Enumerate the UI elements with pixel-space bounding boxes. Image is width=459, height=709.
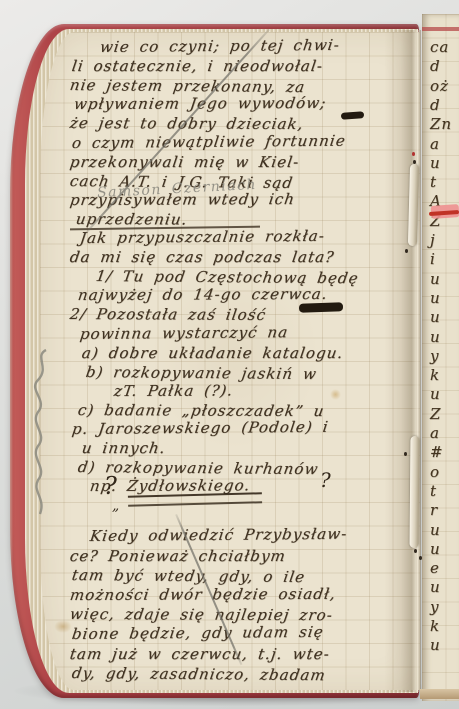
handwriting-fragment: d [430,57,441,75]
handwriting-fragment: o [430,463,440,481]
handwriting-fragment: u [430,289,441,307]
handwriting-fragment: d [430,96,441,114]
question-mark: ? [104,472,117,500]
handwritten-line: c) badanie „płoszczadek” u [77,401,326,420]
pencil-margin-squiggle [26,346,54,518]
handwriting-fragment: u [430,636,441,654]
handwriting-fragment: oż [430,77,449,95]
notebook-photo: wie co czyni; po tej chwi-li ostatecznie… [0,0,459,709]
handwriting-fragment: # [430,443,444,461]
quote-mark: „ [112,498,119,514]
handwriting-fragment: t [430,173,437,191]
paper-stain [330,389,341,400]
handwritten-line: dy, gdy, zasadniczo, zbadam [71,664,328,684]
handwriting-fragment: u [430,270,441,288]
question-mark: ? [320,468,331,492]
handwriting-fragment: u [430,308,441,326]
stitch-hole [405,249,408,253]
red-ink-dot [412,152,415,156]
handwritten-line: wie co czyni; po tej chwi- [99,36,341,56]
handwriting-fragment: r [430,501,438,519]
handwriting-fragment: a [430,424,440,442]
gutter-fold-shadow [384,30,421,692]
handwritten-line: zT. Pałka (?). [113,381,235,400]
facing-page-red-edge [422,27,459,31]
handwriting-fragment: u [430,521,441,539]
handwritten-line: więc, zdaje się najlepiej zro- [69,605,335,624]
handwriting-fragment: Z [430,405,441,423]
handwritten-line: b) rozkopywanie jaskiń w [85,363,319,383]
stitch-hole [419,556,422,560]
handwriting-fragment: i [430,250,436,268]
handwritten-line: li ostatecznie, i nieodwołal- [71,57,325,75]
stitch-hole [414,549,417,553]
handwriting-fragment: e [430,559,440,577]
handwritten-line: tam już w czerwcu, t.j. wte- [69,645,331,663]
handwriting-fragment: a [430,135,440,153]
handwritten-line: bione będzie, gdy udam się [71,623,325,643]
stitch-hole [413,160,416,164]
handwriting-fragment: t [430,482,437,500]
handwriting-fragment: u [430,328,441,346]
handwritten-line: powinna wystarczyć na [79,323,290,343]
handwritten-line: możności dwór będzie osiadł, [69,585,337,604]
handwritten-line: 2/ Pozostała zaś ilość [69,305,268,324]
handwriting-fragment: u [430,578,441,596]
handwritten-line: przekonywali mię w Kiel- [69,153,301,171]
handwritten-line: najwyżej do 14-go czerwca. [77,285,329,304]
facing-page-text-fragments: cadożdZnautAZjiuuuuykuZa#otruueuyku [426,36,459,686]
facing-page-bottom-edge [420,689,459,699]
handwriting-fragment: Zn [430,115,452,133]
handwritten-line: ce? Ponieważ chciałbym [69,547,287,565]
stitch-hole [404,452,407,456]
handwritten-line: Kiedy odwiedzić Przybysław- [89,525,349,545]
handwritten-line: Jak przypuszczalnie rozkła- [79,227,326,247]
handwritten-line: tam być wtedy, gdy, o ile [71,566,307,586]
handwriting-fragment: y [430,598,439,616]
handwriting-fragment: j [430,231,436,249]
handwriting-fragment: ca [430,38,449,56]
handwritten-line: a) dobre układanie katalogu. [81,344,345,362]
handwriting-fragment: u [430,540,441,558]
handwriting-fragment: u [430,154,441,172]
handwritten-line: da mi się czas podczas lata? [69,248,336,266]
handwriting-fragment: k [430,617,440,635]
handwriting-fragment: u [430,385,441,403]
handwritten-line: u innych. [81,439,167,457]
handwritten-line: o czym niewątpliwie fortunnie [71,131,347,151]
handwritten-line: p. Jaroszewskiego (Podole) i [71,418,330,438]
handwriting-fragment: y [430,347,439,365]
crossed-out-word-blob [299,302,343,313]
handwriting-fragment: k [430,366,440,384]
binding-pin [410,436,420,548]
